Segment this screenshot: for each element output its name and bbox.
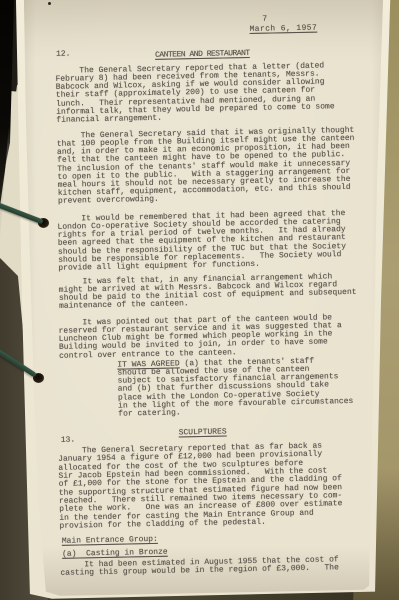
paragraph-canteen-2: The General Secretary said that it was o… (57, 127, 366, 207)
section-13-heading: SCULPTURES (179, 428, 227, 437)
subheading-main-entrance-group: Main Entrance Group: (62, 536, 158, 546)
paragraph-canteen-5: It was pointed out that part of the cant… (58, 314, 367, 361)
photo-scene: 7 March 6, 1957 12. CANTEEN AND RESTAURA… (0, 0, 399, 600)
paragraph-canteen-3: It would be remembered that it had been … (57, 210, 366, 273)
section-12-heading: CANTEEN AND RESTAURANT (155, 50, 250, 60)
section-12-number: 12. (56, 51, 71, 59)
resolution-paragraph: IT WAS AGREED (a) that the tenants' staf… (117, 357, 370, 419)
paragraph-sculptures-2: It had been estimated in August 1955 tha… (60, 556, 372, 579)
paragraph-canteen-1: The General Secretary reported that a le… (55, 62, 364, 125)
subheading-casting-in-bronze: (a) Casting in Bronze (62, 549, 168, 559)
section-13-number: 13. (61, 437, 76, 445)
typewritten-text: 7 March 6, 1957 12. CANTEEN AND RESTAURA… (0, 0, 399, 600)
paragraph-canteen-4: It was felt that, in any financial arran… (59, 273, 368, 312)
paragraph-sculptures-1: The General Secretary reported that as f… (58, 442, 372, 532)
date-heading: March 6, 1957 (250, 25, 318, 35)
page-number: 7 (262, 16, 267, 24)
